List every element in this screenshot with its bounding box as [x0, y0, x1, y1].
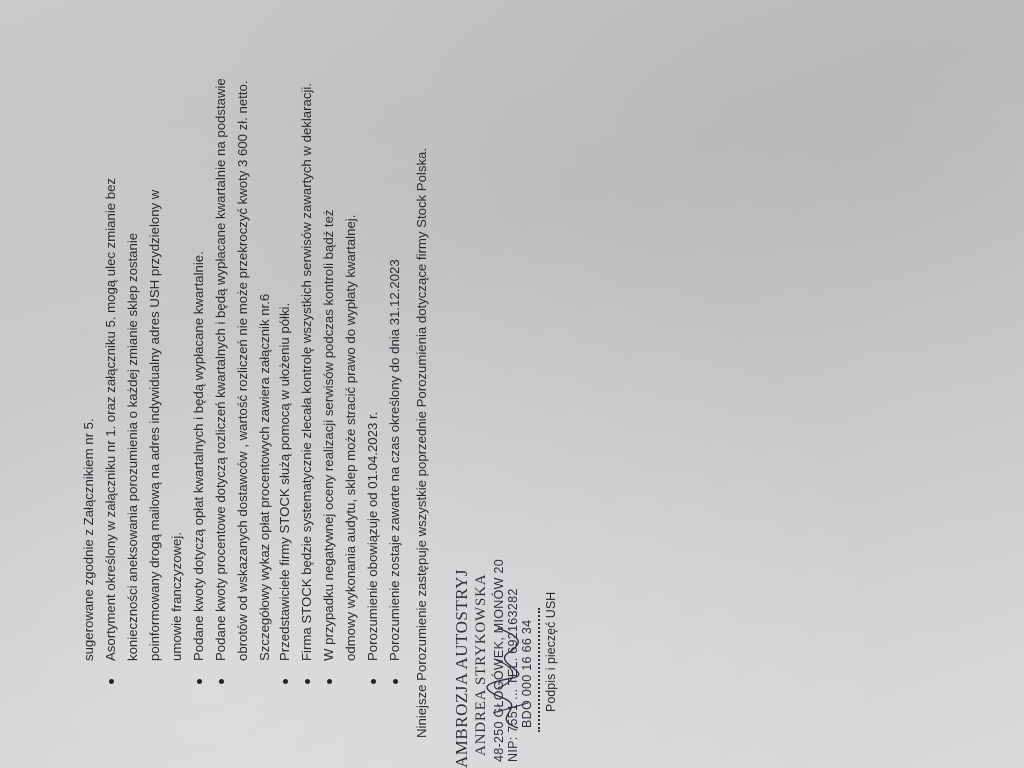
document-line: poinformowany drogą mailową na adres ind…	[146, 190, 164, 661]
document-line: Porozumienie obowiązuje od 01.04.2023 r.	[364, 412, 382, 661]
handwritten-signature	[478, 618, 538, 738]
bullet-icon	[327, 679, 332, 684]
bullet-icon	[305, 679, 310, 684]
stamp-company-name: AMBROZJA AUTOSTRYJ	[452, 569, 472, 768]
document-line: Podane kwoty procentowe dotyczą rozlicze…	[212, 78, 230, 661]
document-line: Podane kwoty dotyczą opłat kwartalnych i…	[190, 251, 208, 661]
document-line: Przedstawiciele firmy STOCK służą pomocą…	[276, 303, 294, 661]
document-page: sugerowane zgodnie z Załącznikiem nr 5.A…	[80, 8, 560, 768]
document-line: odmowy wykonania audytu, sklep może stra…	[342, 215, 360, 661]
document-line: sugerowane zgodnie z Załącznikiem nr 5.	[80, 418, 98, 661]
closing-statement: Niniejsze Porozumienie zastępuje wszystk…	[413, 148, 431, 738]
bullet-icon	[219, 679, 224, 684]
document-line: obrotów od wskazanych dostawców , wartoś…	[234, 80, 252, 661]
bullet-icon	[197, 679, 202, 684]
bullet-icon	[109, 679, 114, 684]
signature-dotted-line	[538, 608, 540, 732]
document-line: umowie franczyzowej.	[168, 532, 186, 661]
bullet-icon	[283, 679, 288, 684]
bullet-icon	[371, 679, 376, 684]
document-line: Szczegółowy wykaz opłat procentowych zaw…	[256, 294, 274, 661]
document-line: konieczności aneksowania porozumienia o …	[124, 233, 142, 661]
document-line: Porozumienie zostaje zawarte na czas okr…	[386, 259, 404, 661]
document-line: W przypadku negatywnej oceny realizacji …	[320, 209, 338, 661]
document-line: Firma STOCK będzie systematycznie zlecał…	[298, 83, 316, 661]
signature-label: Podpis i pieczęć USH	[542, 592, 560, 712]
document-line: Asortyment określony w załączniku nr 1. …	[102, 178, 120, 661]
bullet-icon	[393, 679, 398, 684]
